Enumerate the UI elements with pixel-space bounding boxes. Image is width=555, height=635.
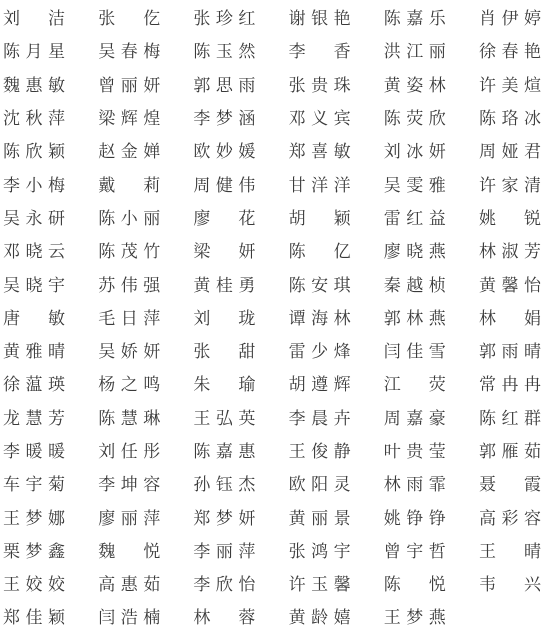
name-char: 香 — [334, 43, 351, 60]
name-char: 梁 — [98, 110, 115, 127]
name-char: 珞 — [501, 110, 518, 127]
name-char: 丽 — [121, 510, 138, 527]
name-char: 黄 — [289, 510, 306, 527]
name-char: 许 — [479, 77, 496, 94]
name-char: 朱 — [193, 376, 210, 393]
name-char: 洋 — [334, 177, 351, 194]
name-cell: 徐春艳 — [479, 43, 541, 60]
name-cell: 黄龄嬉 — [289, 609, 351, 626]
name-cell: 谢银艳 — [289, 10, 351, 27]
name-char: 王 — [3, 510, 20, 527]
name-char: 丽 — [143, 210, 160, 227]
name-char: 花 — [238, 210, 255, 227]
name-cell: 唐敏 — [3, 310, 65, 327]
person-name: 陈安琪 — [289, 277, 351, 294]
name-cell: 姚铮铮 — [384, 510, 446, 527]
person-name: 陈红群 — [479, 410, 541, 427]
person-name: 徐蕰瑛 — [3, 376, 65, 393]
name-char: 宇 — [48, 277, 65, 294]
name-char: 邓 — [289, 110, 306, 127]
person-name: 谭海林 — [289, 310, 351, 327]
name-cell: 陈安琪 — [289, 277, 351, 294]
name-char: 海 — [311, 310, 328, 327]
name-cell: 郑梦妍 — [193, 510, 255, 527]
name-char: 叶 — [384, 443, 401, 460]
name-row: 吴晓宇苏伟强黄桂勇陈安琪秦越桢黄馨怡 — [3, 268, 541, 301]
name-char: 娇 — [121, 343, 138, 360]
name-char: 秦 — [384, 277, 401, 294]
name-char: 姣 — [26, 576, 43, 593]
name-char: 玉 — [311, 576, 328, 593]
name-char: 陈 — [384, 110, 401, 127]
name-char: 晴 — [524, 543, 541, 560]
name-char: 王 — [384, 609, 401, 626]
name-char: 益 — [429, 210, 446, 227]
name-cell: 闫佳雪 — [384, 343, 446, 360]
name-char: 弘 — [216, 410, 233, 427]
name-char: 宇 — [334, 543, 351, 560]
name-char: 闫 — [384, 343, 401, 360]
name-cell: 陈茂竹 — [98, 243, 160, 260]
name-char: 茹 — [524, 443, 541, 460]
name-char: 越 — [406, 277, 423, 294]
name-char: 邓 — [3, 243, 20, 260]
person-name: 李梦涵 — [193, 110, 255, 127]
name-char: 家 — [501, 177, 518, 194]
name-char: 雨 — [406, 476, 423, 493]
name-char: 李 — [289, 43, 306, 60]
name-char: 车 — [3, 476, 20, 493]
name-char: 群 — [524, 410, 541, 427]
name-cell: 叶贵莹 — [384, 443, 446, 460]
name-char: 妍 — [143, 343, 160, 360]
name-cell: 郑喜敏 — [289, 143, 351, 160]
name-char: 佳 — [406, 343, 423, 360]
person-name: 王梦娜 — [3, 510, 65, 527]
person-name: 陈茂竹 — [98, 243, 160, 260]
name-char: 荧 — [406, 110, 423, 127]
name-char: 少 — [311, 343, 328, 360]
name-char: 哲 — [429, 543, 446, 560]
name-char: 张 — [193, 343, 210, 360]
person-name: 周嘉豪 — [384, 410, 446, 427]
name-char: 丽 — [216, 543, 233, 560]
person-name: 邓义宾 — [289, 110, 351, 127]
name-char: 小 — [121, 210, 138, 227]
name-cell: 陈欣颖 — [3, 143, 65, 160]
name-char: 雪 — [429, 343, 446, 360]
name-cell: 王梦娜 — [3, 510, 65, 527]
name-cell: 高彩容 — [479, 510, 541, 527]
name-char: 林 — [429, 77, 446, 94]
name-char: 卉 — [334, 410, 351, 427]
name-char: 黄 — [289, 609, 306, 626]
name-cell: 沈秋萍 — [3, 110, 65, 127]
name-char: 周 — [479, 143, 496, 160]
name-char: 陈 — [384, 576, 401, 593]
name-char: 铮 — [429, 510, 446, 527]
name-char: 陈 — [98, 410, 115, 427]
name-char: 辉 — [334, 376, 351, 393]
person-name: 林蓉 — [193, 609, 255, 626]
person-name: 刘冰妍 — [384, 143, 446, 160]
name-char: 彤 — [143, 443, 160, 460]
name-char: 魏 — [98, 543, 115, 560]
name-char: 玉 — [216, 43, 233, 60]
name-char: 俊 — [311, 443, 328, 460]
name-char: 春 — [501, 43, 518, 60]
name-char: 周 — [384, 410, 401, 427]
name-cell: 黄馨怡 — [479, 277, 541, 294]
name-char: 李 — [98, 476, 115, 493]
name-char: 红 — [406, 210, 423, 227]
name-char: 芳 — [48, 410, 65, 427]
name-char: 张 — [193, 10, 210, 27]
name-cell: 郭思雨 — [193, 77, 255, 94]
name-char: 甜 — [238, 343, 255, 360]
name-char: 许 — [289, 576, 306, 593]
person-name: 张珍红 — [193, 10, 255, 27]
name-roster-page: 刘洁张仡张珍红谢银艳陈嘉乐肖伊婷陈月星吴春梅陈玉然李香洪江丽徐春艳魏惠敏曾丽妍郭… — [0, 0, 555, 635]
name-char: 廖 — [193, 210, 210, 227]
name-char: 谢 — [289, 10, 306, 27]
person-name: 叶贵莹 — [384, 443, 446, 460]
name-char: 宇 — [406, 543, 423, 560]
person-name: 林娟 — [479, 310, 541, 327]
name-char: 黄 — [384, 77, 401, 94]
name-cell: 郭雨晴 — [479, 343, 541, 360]
name-char: 林 — [479, 310, 496, 327]
name-char: 敏 — [334, 143, 351, 160]
name-char: 龙 — [3, 410, 20, 427]
person-name: 秦越桢 — [384, 277, 446, 294]
name-char: 妍 — [238, 243, 255, 260]
name-char: 嘉 — [406, 410, 423, 427]
person-name: 曾宇哲 — [384, 543, 446, 560]
person-name: 韦兴 — [479, 576, 541, 593]
person-name: 李坤容 — [98, 476, 160, 493]
name-cell: 陈荧欣 — [384, 110, 446, 127]
name-char: 姚 — [384, 510, 401, 527]
name-char: 琳 — [143, 410, 160, 427]
name-char: 妙 — [216, 143, 233, 160]
name-char: 敏 — [48, 77, 65, 94]
name-char: 涵 — [238, 110, 255, 127]
name-char: 吴 — [3, 277, 20, 294]
name-char: 张 — [289, 77, 306, 94]
name-cell: 邓晓云 — [3, 243, 65, 260]
name-char: 红 — [238, 10, 255, 27]
name-char: 楠 — [143, 609, 160, 626]
name-char: 苏 — [98, 277, 115, 294]
name-char: 日 — [121, 310, 138, 327]
name-char: 佳 — [26, 609, 43, 626]
name-char: 李 — [193, 576, 210, 593]
name-char: 媛 — [238, 143, 255, 160]
name-char: 戴 — [98, 177, 115, 194]
person-name: 闫浩楠 — [98, 609, 160, 626]
name-cell: 黄桂勇 — [193, 277, 255, 294]
name-char: 芳 — [524, 243, 541, 260]
name-char: 许 — [479, 177, 496, 194]
name-char: 馨 — [334, 576, 351, 593]
name-cell: 龙慧芳 — [3, 410, 65, 427]
person-name: 陈嘉惠 — [193, 443, 255, 460]
person-name: 许美煊 — [479, 77, 541, 94]
person-name: 陈亿 — [289, 243, 351, 260]
name-cell: 赵金婵 — [98, 143, 160, 160]
name-cell: 常冉冉 — [479, 376, 541, 393]
name-row: 魏惠敏曾丽妍郭思雨张贵珠黄姿林许美煊 — [3, 69, 541, 102]
name-char: 暖 — [26, 443, 43, 460]
name-char: 江 — [384, 376, 401, 393]
person-name: 廖丽萍 — [98, 510, 160, 527]
name-cell: 杨之鸣 — [98, 376, 160, 393]
name-char: 肖 — [479, 10, 496, 27]
name-roster: 刘洁张仡张珍红谢银艳陈嘉乐肖伊婷陈月星吴春梅陈玉然李香洪江丽徐春艳魏惠敏曾丽妍郭… — [3, 2, 541, 635]
name-char: 敏 — [48, 310, 65, 327]
person-name: 许玉馨 — [289, 576, 351, 593]
name-char: 妍 — [429, 143, 446, 160]
name-char: 珍 — [216, 10, 233, 27]
name-char: 怡 — [524, 277, 541, 294]
person-name: 欧妙媛 — [193, 143, 255, 160]
name-char: 曾 — [384, 543, 401, 560]
person-name: 吴娇妍 — [98, 343, 160, 360]
name-char: 王 — [289, 443, 306, 460]
name-char: 强 — [143, 277, 160, 294]
person-name: 李暖暖 — [3, 443, 65, 460]
person-name: 王晴 — [479, 543, 541, 560]
name-char: 梦 — [26, 543, 43, 560]
name-char: 李 — [3, 443, 20, 460]
name-cell: 李晨卉 — [289, 410, 351, 427]
name-char: 洁 — [48, 10, 65, 27]
name-char: 慧 — [121, 410, 138, 427]
name-char: 梁 — [193, 243, 210, 260]
name-cell: 王弘英 — [193, 410, 255, 427]
person-name: 林淑芳 — [479, 243, 541, 260]
name-char: 刘 — [193, 310, 210, 327]
name-char: 艳 — [524, 43, 541, 60]
person-name: 王梦燕 — [384, 609, 446, 626]
name-char: 然 — [238, 43, 255, 60]
name-row: 栗梦鑫魏悦李丽萍张鸿宇曾宇哲王晴 — [3, 535, 541, 568]
name-row: 王姣姣高惠茹李欣怡许玉馨陈悦韦兴 — [3, 568, 541, 601]
person-name: 郭思雨 — [193, 77, 255, 94]
person-name: 黄馨怡 — [479, 277, 541, 294]
name-cell: 车宇菊 — [3, 476, 65, 493]
name-char: 晓 — [406, 243, 423, 260]
person-name: 吴永研 — [3, 210, 65, 227]
name-cell: 陈月星 — [3, 43, 65, 60]
name-char: 梦 — [26, 510, 43, 527]
name-cell: 姚锐 — [479, 210, 541, 227]
name-char: 萍 — [143, 510, 160, 527]
name-char: 欧 — [193, 143, 210, 160]
name-char: 锐 — [524, 210, 541, 227]
name-char: 蕰 — [26, 376, 43, 393]
name-cell: 廖花 — [193, 210, 255, 227]
name-char: 伊 — [501, 10, 518, 27]
person-name: 江荧 — [384, 376, 446, 393]
name-row: 沈秋萍梁辉煌李梦涵邓义宾陈荧欣陈珞冰 — [3, 102, 541, 135]
person-name: 洪江丽 — [384, 43, 446, 60]
person-name: 郑梦妍 — [193, 510, 255, 527]
name-char: 吴 — [98, 43, 115, 60]
person-name: 甘洋洋 — [289, 177, 351, 194]
name-char: 任 — [121, 443, 138, 460]
name-char: 珠 — [334, 77, 351, 94]
name-char: 霞 — [524, 476, 541, 493]
person-name: 戴莉 — [98, 177, 160, 194]
name-char: 彩 — [501, 510, 518, 527]
name-cell: 王姣姣 — [3, 576, 65, 593]
name-char: 丽 — [429, 43, 446, 60]
person-name: 李欣怡 — [193, 576, 255, 593]
name-cell: 李暖暖 — [3, 443, 65, 460]
person-name: 徐春艳 — [479, 43, 541, 60]
name-char: 乐 — [429, 10, 446, 27]
name-char: 春 — [121, 43, 138, 60]
name-char: 灵 — [334, 476, 351, 493]
name-char: 秋 — [26, 110, 43, 127]
name-char: 冰 — [524, 110, 541, 127]
person-name: 黄桂勇 — [193, 277, 255, 294]
name-char: 容 — [143, 476, 160, 493]
name-cell: 刘洁 — [3, 10, 65, 27]
name-char: 姣 — [48, 576, 65, 593]
name-char: 郑 — [289, 143, 306, 160]
name-char: 惠 — [26, 77, 43, 94]
person-name: 张仡 — [98, 10, 160, 27]
name-char: 淑 — [501, 243, 518, 260]
name-cell: 王梦燕 — [384, 609, 446, 626]
name-char: 辉 — [121, 110, 138, 127]
name-char: 鸣 — [143, 376, 160, 393]
name-char: 龄 — [311, 609, 328, 626]
name-char: 郭 — [193, 77, 210, 94]
person-name: 郭林燕 — [384, 310, 446, 327]
name-row: 邓晓云陈茂竹梁妍陈亿廖晓燕林淑芳 — [3, 235, 541, 268]
name-char: 梦 — [216, 510, 233, 527]
name-char: 陈 — [98, 210, 115, 227]
name-char: 伟 — [121, 277, 138, 294]
name-char: 颖 — [334, 210, 351, 227]
name-cell: 刘任彤 — [98, 443, 160, 460]
person-name: 龙慧芳 — [3, 410, 65, 427]
person-name: 魏悦 — [98, 543, 160, 560]
name-char: 小 — [26, 177, 43, 194]
name-char: 栗 — [3, 543, 20, 560]
name-char: 毛 — [98, 310, 115, 327]
name-cell: 甘洋洋 — [289, 177, 351, 194]
name-char: 冉 — [501, 376, 518, 393]
name-char: 晴 — [524, 343, 541, 360]
person-name: 许家清 — [479, 177, 541, 194]
person-name: 陈小丽 — [98, 210, 160, 227]
name-cell: 魏悦 — [98, 543, 160, 560]
name-char: 雅 — [429, 177, 446, 194]
name-char: 豪 — [429, 410, 446, 427]
person-name: 赵金婵 — [98, 143, 160, 160]
person-name: 王姣姣 — [3, 576, 65, 593]
name-char: 黄 — [3, 343, 20, 360]
name-char: 钰 — [216, 476, 233, 493]
name-char: 欣 — [429, 110, 446, 127]
name-cell: 戴莉 — [98, 177, 160, 194]
name-char: 魏 — [3, 77, 20, 94]
name-char: 刘 — [3, 10, 20, 27]
name-char: 林 — [334, 310, 351, 327]
person-name: 常冉冉 — [479, 376, 541, 393]
name-char: 安 — [311, 277, 328, 294]
name-char: 怡 — [238, 576, 255, 593]
name-char: 义 — [311, 110, 328, 127]
name-cell: 许家清 — [479, 177, 541, 194]
name-char: 惠 — [238, 443, 255, 460]
name-char: 杨 — [98, 376, 115, 393]
person-name: 李香 — [289, 43, 351, 60]
name-cell: 欧阳灵 — [289, 476, 351, 493]
person-name: 王俊静 — [289, 443, 351, 460]
person-name: 车宇菊 — [3, 476, 65, 493]
name-cell: 林淑芳 — [479, 243, 541, 260]
name-char: 思 — [216, 77, 233, 94]
name-char: 惠 — [121, 576, 138, 593]
name-char: 景 — [334, 510, 351, 527]
name-char: 林 — [384, 476, 401, 493]
name-char: 颖 — [48, 143, 65, 160]
name-char: 郭 — [384, 310, 401, 327]
name-char: 婷 — [524, 10, 541, 27]
name-char: 洋 — [311, 177, 328, 194]
name-char: 菊 — [48, 476, 65, 493]
person-name: 刘珑 — [193, 310, 255, 327]
name-cell: 洪江丽 — [384, 43, 446, 60]
name-char: 丽 — [311, 510, 328, 527]
name-char: 陈 — [3, 43, 20, 60]
name-char: 之 — [121, 376, 138, 393]
person-name: 毛日萍 — [98, 310, 160, 327]
name-char: 洪 — [384, 43, 401, 60]
name-char: 馨 — [501, 277, 518, 294]
name-char: 桢 — [429, 277, 446, 294]
name-char: 陈 — [193, 443, 210, 460]
person-name: 张甜 — [193, 343, 255, 360]
name-char: 铮 — [406, 510, 423, 527]
person-name: 陈珞冰 — [479, 110, 541, 127]
name-char: 萍 — [238, 543, 255, 560]
name-char: 燕 — [429, 609, 446, 626]
person-name: 沈秋萍 — [3, 110, 65, 127]
name-char: 娅 — [501, 143, 518, 160]
name-char: 红 — [501, 410, 518, 427]
name-cell: 陈玉然 — [193, 43, 255, 60]
name-char: 茂 — [121, 243, 138, 260]
name-cell: 陈慧琳 — [98, 410, 160, 427]
name-char: 艳 — [334, 10, 351, 27]
name-char: 周 — [193, 177, 210, 194]
name-char: 吴 — [98, 343, 115, 360]
name-row: 王梦娜廖丽萍郑梦妍黄丽景姚铮铮高彩容 — [3, 501, 541, 534]
name-cell: 闫浩楠 — [98, 609, 160, 626]
name-char: 燕 — [429, 310, 446, 327]
person-name: 邓晓云 — [3, 243, 65, 260]
person-name: 曾丽妍 — [98, 77, 160, 94]
name-char: 妍 — [143, 77, 160, 94]
name-cell: 肖伊婷 — [479, 10, 541, 27]
